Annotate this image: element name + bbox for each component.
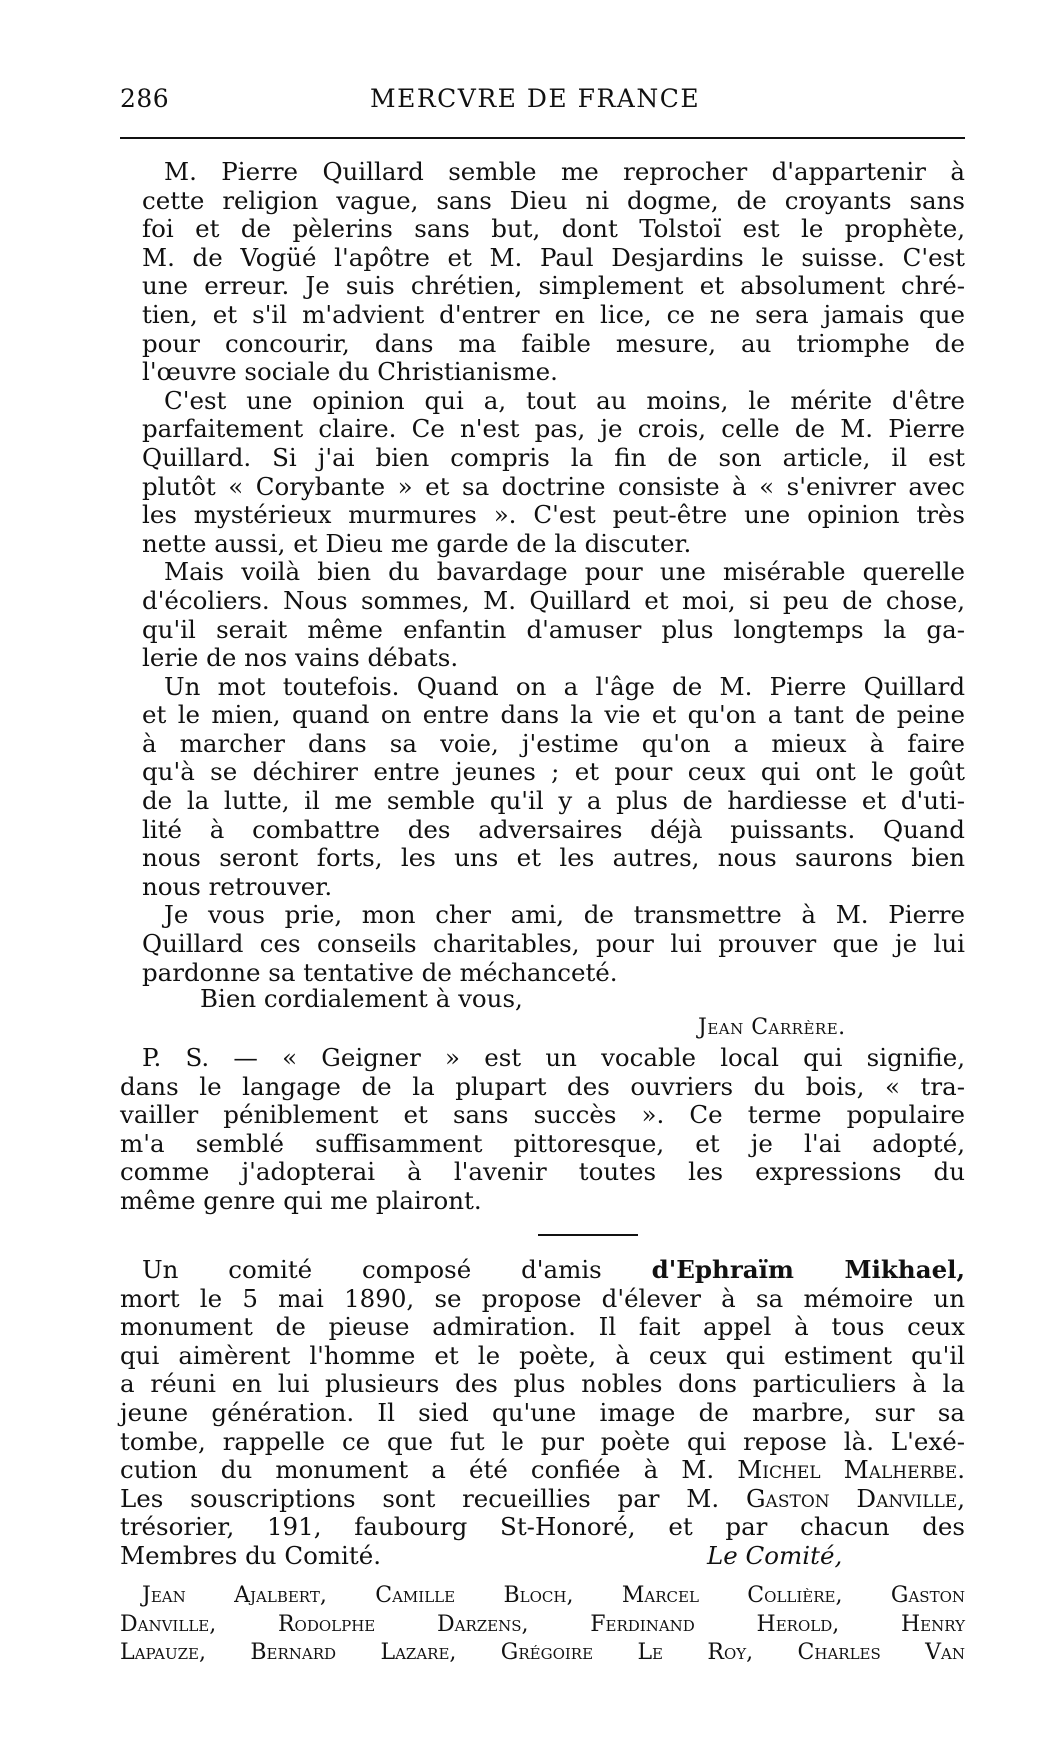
text-line: qu'il serait même enfantin d'amuser plus…	[120, 616, 965, 645]
text-line: Quillard. Si j'ai bien compris la fin de…	[120, 444, 965, 473]
text-line: foi et de pèlerins sans but, dont Tolsto…	[120, 215, 965, 244]
members-line: Danville, Rodolphe Darzens, Ferdinand He…	[120, 1611, 965, 1640]
text-line: Les souscriptions sont recueillies par M…	[120, 1485, 965, 1514]
letter-body: M. Pierre Quillard semble me reprocher d…	[120, 158, 965, 987]
text-line: même genre qui me plairont.	[120, 1187, 965, 1216]
postscript: P. S. — « Geigner » est un vocable local…	[120, 1044, 965, 1216]
letter-paragraph-4: Un mot toutefois. Quand on a l'âge de M.…	[120, 673, 965, 902]
text-line: nous retrouver.	[120, 873, 965, 902]
text-line: une erreur. Je suis chrétien, simplement…	[120, 272, 965, 301]
text-line: Je vous prie, mon cher ami, de transmett…	[120, 901, 965, 930]
text-line: d'écoliers. Nous sommes, M. Quillard et …	[120, 587, 965, 616]
members-line: Jean Ajalbert, Camille Bloch, Marcel Col…	[120, 1582, 965, 1611]
text-line: comme j'adopterai à l'avenir toutes les …	[120, 1158, 965, 1187]
members-line: Lapauze, Bernard Lazare, Grégoire Le Roy…	[120, 1639, 965, 1668]
text-line: cette religion vague, sans Dieu ni dogme…	[120, 187, 965, 216]
text-line: tombe, rappelle ce que fut le pur poète …	[120, 1428, 965, 1457]
section-separator-rule	[538, 1234, 638, 1236]
notice-line-text: Membres du Comité.	[120, 1541, 381, 1570]
text-line: et le mien, quand on entre dans la vie e…	[120, 701, 965, 730]
page-number: 286	[120, 84, 169, 113]
sculptor-name: Michel Malherbe.	[737, 1455, 965, 1484]
text-line: jeune génération. Il sied qu'une image d…	[120, 1399, 965, 1428]
letter-paragraph-1: M. Pierre Quillard semble me reprocher d…	[120, 158, 965, 387]
notice-line-prefix: Les souscriptions sont recueillies par M…	[120, 1484, 746, 1513]
text-line: qui aimèrent l'homme et le poète, à ceux…	[120, 1342, 965, 1371]
notice-line-prefix: cution du monument a été confiée à M.	[120, 1455, 737, 1484]
text-line: M. de Vogüé l'apôtre et M. Paul Desjardi…	[120, 244, 965, 273]
text-line: lité à combattre des adversaires déjà pu…	[120, 816, 965, 845]
text-line: de la lutte, il me semble qu'il y a plus…	[120, 787, 965, 816]
notice-line-prefix: Un comité composé d'amis	[142, 1255, 652, 1284]
letter-paragraph-3: Mais voilà bien du bavardage pour une mi…	[120, 558, 965, 672]
text-line: C'est une opinion qui a, tout au moins, …	[120, 387, 965, 416]
text-line: nous seront forts, les uns et les autres…	[120, 844, 965, 873]
text-line: pardonne sa tentative de méchanceté.	[120, 959, 965, 988]
text-line: M. Pierre Quillard semble me reprocher d…	[120, 158, 965, 187]
text-line: nette aussi, et Dieu me garde de la disc…	[120, 530, 965, 559]
running-title: MERCVRE DE FRANCE	[370, 84, 700, 113]
text-line: pour concourir, dans ma faible mesure, a…	[120, 330, 965, 359]
text-line: qu'à se déchirer entre jeunes ; et pour …	[120, 758, 965, 787]
text-line: Quillard ces conseils charitables, pour …	[120, 930, 965, 959]
page-header: 286 MERCVRE DE FRANCE	[120, 84, 965, 124]
text-line: trésorier, 191, faubourg St-Honoré, et p…	[120, 1513, 965, 1542]
committee-members: Jean Ajalbert, Camille Bloch, Marcel Col…	[120, 1582, 965, 1668]
committee-signature: Le Comité,	[707, 1542, 842, 1571]
text-line: plutôt « Corybante » et sa doctrine cons…	[120, 473, 965, 502]
text-line: Mais voilà bien du bavardage pour une mi…	[120, 558, 965, 587]
header-rule	[120, 137, 965, 139]
text-line: monument de pieuse admiration. Il fait a…	[120, 1313, 965, 1342]
text-line: m'a semblé suffisamment pittoresque, et …	[120, 1130, 965, 1159]
text-line: Un mot toutefois. Quand on a l'âge de M.…	[120, 673, 965, 702]
text-line: lerie de nos vains débats.	[120, 644, 965, 673]
text-line: a réuni en lui plusieurs des plus nobles…	[120, 1370, 965, 1399]
text-line: cution du monument a été confiée à M. Mi…	[120, 1456, 965, 1485]
memorial-notice: Un comité composé d'amis d'Ephraïm Mikha…	[120, 1256, 965, 1571]
letter-paragraph-2: C'est une opinion qui a, tout au moins, …	[120, 387, 965, 559]
text-line: P. S. — « Geigner » est un vocable local…	[120, 1044, 965, 1073]
text-line: vailler péniblement et sans succès ». Ce…	[120, 1101, 965, 1130]
text-line: parfaitement claire. Ce n'est pas, je cr…	[120, 415, 965, 444]
poet-name: d'Ephraïm Mikhael,	[652, 1255, 965, 1284]
text-line: mort le 5 mai 1890, se propose d'élever …	[120, 1285, 965, 1314]
letter-closing: Bien cordialement à vous,	[200, 985, 523, 1014]
letter-signature: Jean Carrère.	[698, 1015, 846, 1040]
text-line: tien, et s'il m'advient d'entrer en lice…	[120, 301, 965, 330]
letter-paragraph-5: Je vous prie, mon cher ami, de transmett…	[120, 901, 965, 987]
text-line: Membres du Comité.Le Comité,	[120, 1542, 965, 1571]
text-line: à marcher dans sa voie, j'estime qu'on a…	[120, 730, 965, 759]
text-line: les mystérieux murmures ». C'est peut-êt…	[120, 501, 965, 530]
text-line: dans le langage de la plupart des ouvrie…	[120, 1073, 965, 1102]
treasurer-name: Gaston Danville,	[746, 1484, 965, 1513]
text-line: Un comité composé d'amis d'Ephraïm Mikha…	[120, 1256, 965, 1285]
text-line: l'œuvre sociale du Christianisme.	[120, 358, 965, 387]
